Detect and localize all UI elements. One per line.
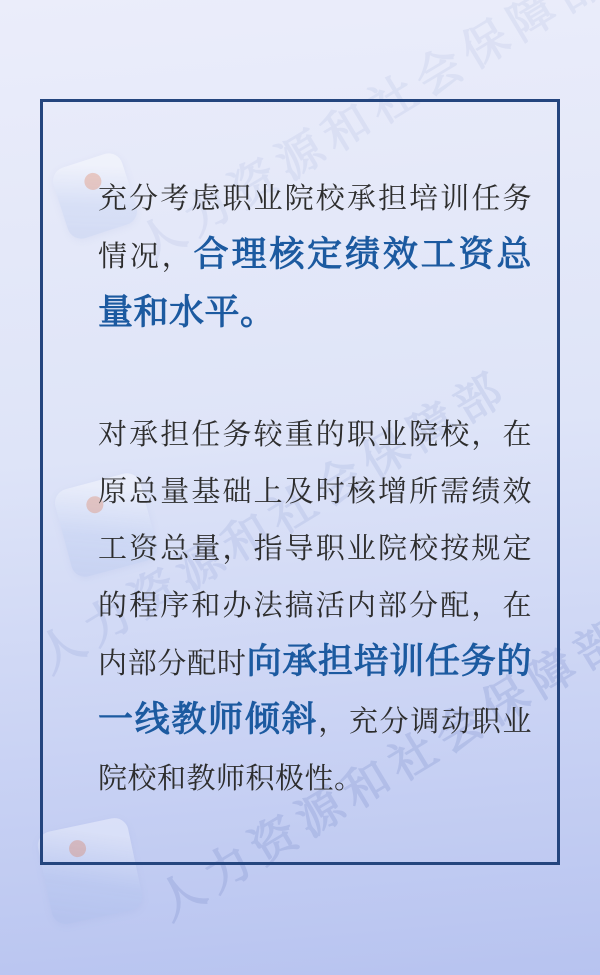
policy-poster-page: 人力资源和社会保障部 人力资源和社会保障部 人力资源和社会保障部 充分考虑职业院…	[0, 0, 600, 975]
quote-box: 充分考虑职业院校承担培训任务情况，合理核定绩效工资总量和水平。 对承担任务较重的…	[40, 99, 560, 865]
paragraph-2: 对承担任务较重的职业院校，在原总量基础上及时核增所需绩效工资总量，指导职业院校按…	[98, 408, 532, 809]
paragraph-1: 充分考虑职业院校承担培训任务情况，合理核定绩效工资总量和水平。	[98, 172, 532, 345]
body-text: 对承担任务较重的职业院校，在原总量基础上及时核增所需绩效工资总量，指导职业院校按…	[98, 417, 532, 680]
